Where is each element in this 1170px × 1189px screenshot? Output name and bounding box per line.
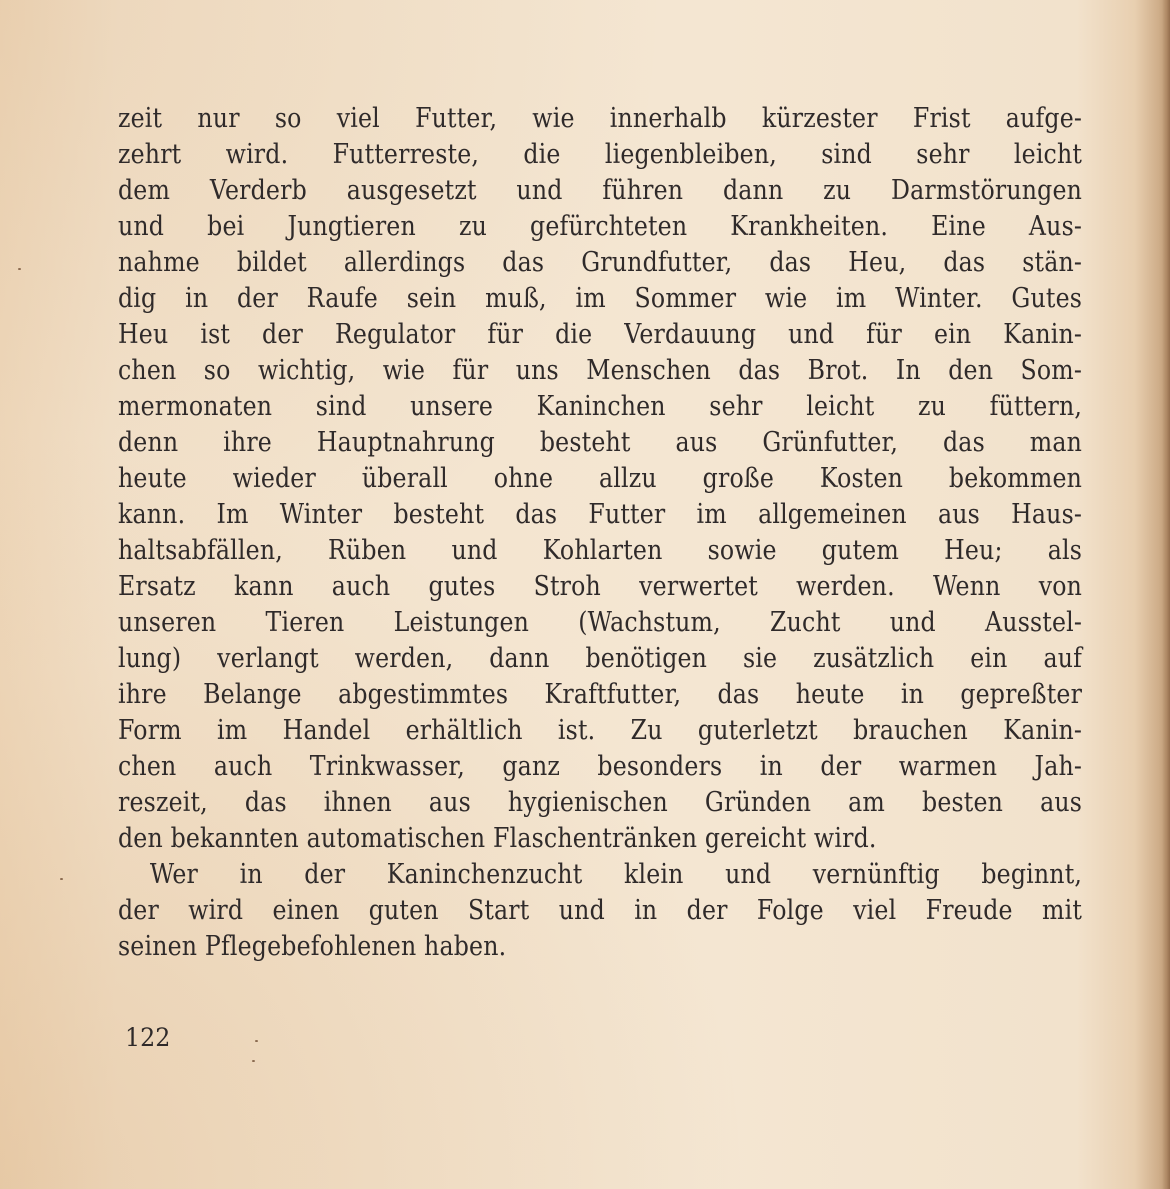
- paragraph-1: zeit nur so viel Futter, wie innerhalb k…: [118, 100, 1082, 856]
- paper-speck: [255, 1040, 258, 1042]
- text-line: dig in der Raufe sein muß, im Sommer wie…: [118, 280, 1082, 316]
- paper-speck: [60, 878, 63, 880]
- page-number: 122: [125, 1020, 170, 1056]
- text-line: mermonaten sind unsere Kaninchen sehr le…: [118, 388, 1082, 424]
- text-line: lung) verlangt werden, dann benötigen si…: [118, 640, 1082, 676]
- paper-speck: [18, 268, 21, 270]
- text-line: dem Verderb ausgesetzt und führen dann z…: [118, 172, 1082, 208]
- body-text: zeit nur so viel Futter, wie innerhalb k…: [118, 100, 1082, 964]
- text-line: ihre Belange abgestimmtes Kraftfutter, d…: [118, 676, 1082, 712]
- text-line: heute wieder überall ohne allzu große Ko…: [118, 460, 1082, 496]
- text-line: chen so wichtig, wie für uns Menschen da…: [118, 352, 1082, 388]
- text-line: und bei Jungtieren zu gefürchteten Krank…: [118, 208, 1082, 244]
- text-line: der wird einen guten Start und in der Fo…: [118, 892, 1082, 928]
- text-line: haltsabfällen, Rüben und Kohlarten sowie…: [118, 532, 1082, 568]
- page-edge-shadow: [1162, 0, 1170, 1189]
- text-line: chen auch Trinkwasser, ganz besonders in…: [118, 748, 1082, 784]
- text-line: Form im Handel erhältlich ist. Zu guterl…: [118, 712, 1082, 748]
- paper-speck: [252, 1060, 255, 1062]
- text-line: zehrt wird. Futterreste, die liegenbleib…: [118, 136, 1082, 172]
- text-line: nahme bildet allerdings das Grundfutter,…: [118, 244, 1082, 280]
- text-line: seinen Pflegebefohlenen haben.: [118, 928, 1082, 964]
- text-line: denn ihre Hauptnahrung besteht aus Grünf…: [118, 424, 1082, 460]
- text-line: Ersatz kann auch gutes Stroh verwertet w…: [118, 568, 1082, 604]
- text-line: kann. Im Winter besteht das Futter im al…: [118, 496, 1082, 532]
- text-line: Wer in der Kaninchenzucht klein und vern…: [118, 856, 1082, 892]
- paragraph-2: Wer in der Kaninchenzucht klein und vern…: [118, 856, 1082, 964]
- text-line: zeit nur so viel Futter, wie innerhalb k…: [118, 100, 1082, 136]
- text-line: unseren Tieren Leistungen (Wachstum, Zuc…: [118, 604, 1082, 640]
- text-line: Heu ist der Regulator für die Verdauung …: [118, 316, 1082, 352]
- text-line: reszeit, das ihnen aus hygienischen Grün…: [118, 784, 1082, 820]
- text-line: den bekannten automatischen Flaschenträn…: [118, 820, 1082, 856]
